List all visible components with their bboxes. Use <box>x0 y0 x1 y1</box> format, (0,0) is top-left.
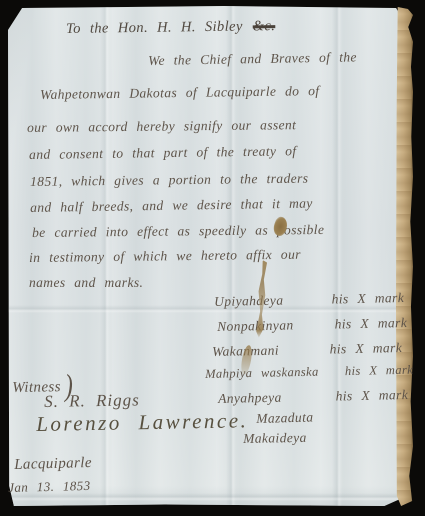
signature-mark: his X mark <box>335 387 408 405</box>
body-line: 1851, which gives a portion to the trade… <box>30 171 308 190</box>
signature-mark: his X mark <box>345 363 413 379</box>
signature-name: Mahpiya waskanska <box>205 365 319 382</box>
salutation-text: To the Hon. H. H. Sibley <box>66 19 243 37</box>
body-line: in testimony of which we hereto affix ou… <box>29 247 301 266</box>
signature-mark: his X mark <box>334 315 407 333</box>
body-line: our own accord hereby signify our assent <box>27 117 296 136</box>
signature-name: Anyahpeya <box>218 390 282 407</box>
date-line: Jan 13. 1853 <box>8 478 91 496</box>
signature-mark: his X mark <box>331 290 404 308</box>
witness-signature-riggs: S. R. Riggs <box>44 390 140 412</box>
dakota-name-line1: Mazaduta <box>256 410 314 427</box>
salutation-line: To the Hon. H. H. Sibley&c. <box>66 18 275 38</box>
paper-crease-vertical <box>332 5 342 506</box>
place-line: Lacquiparle <box>14 455 92 474</box>
signature-name: Nonpakinyan <box>217 317 294 335</box>
struck-out-word: &c. <box>253 18 276 34</box>
letter-photograph: To the Hon. H. H. Sibley&c. We the Chief… <box>0 0 425 516</box>
dakota-name-line2: Makaideya <box>243 430 307 447</box>
signature-name: Upiyahdeya <box>214 293 284 310</box>
signature-mark: his X mark <box>329 340 402 358</box>
book-page-edge <box>396 7 413 506</box>
witness-signature-lawrence: Lorenzo Lawrence. <box>36 408 249 437</box>
body-line: names and marks. <box>29 275 143 291</box>
